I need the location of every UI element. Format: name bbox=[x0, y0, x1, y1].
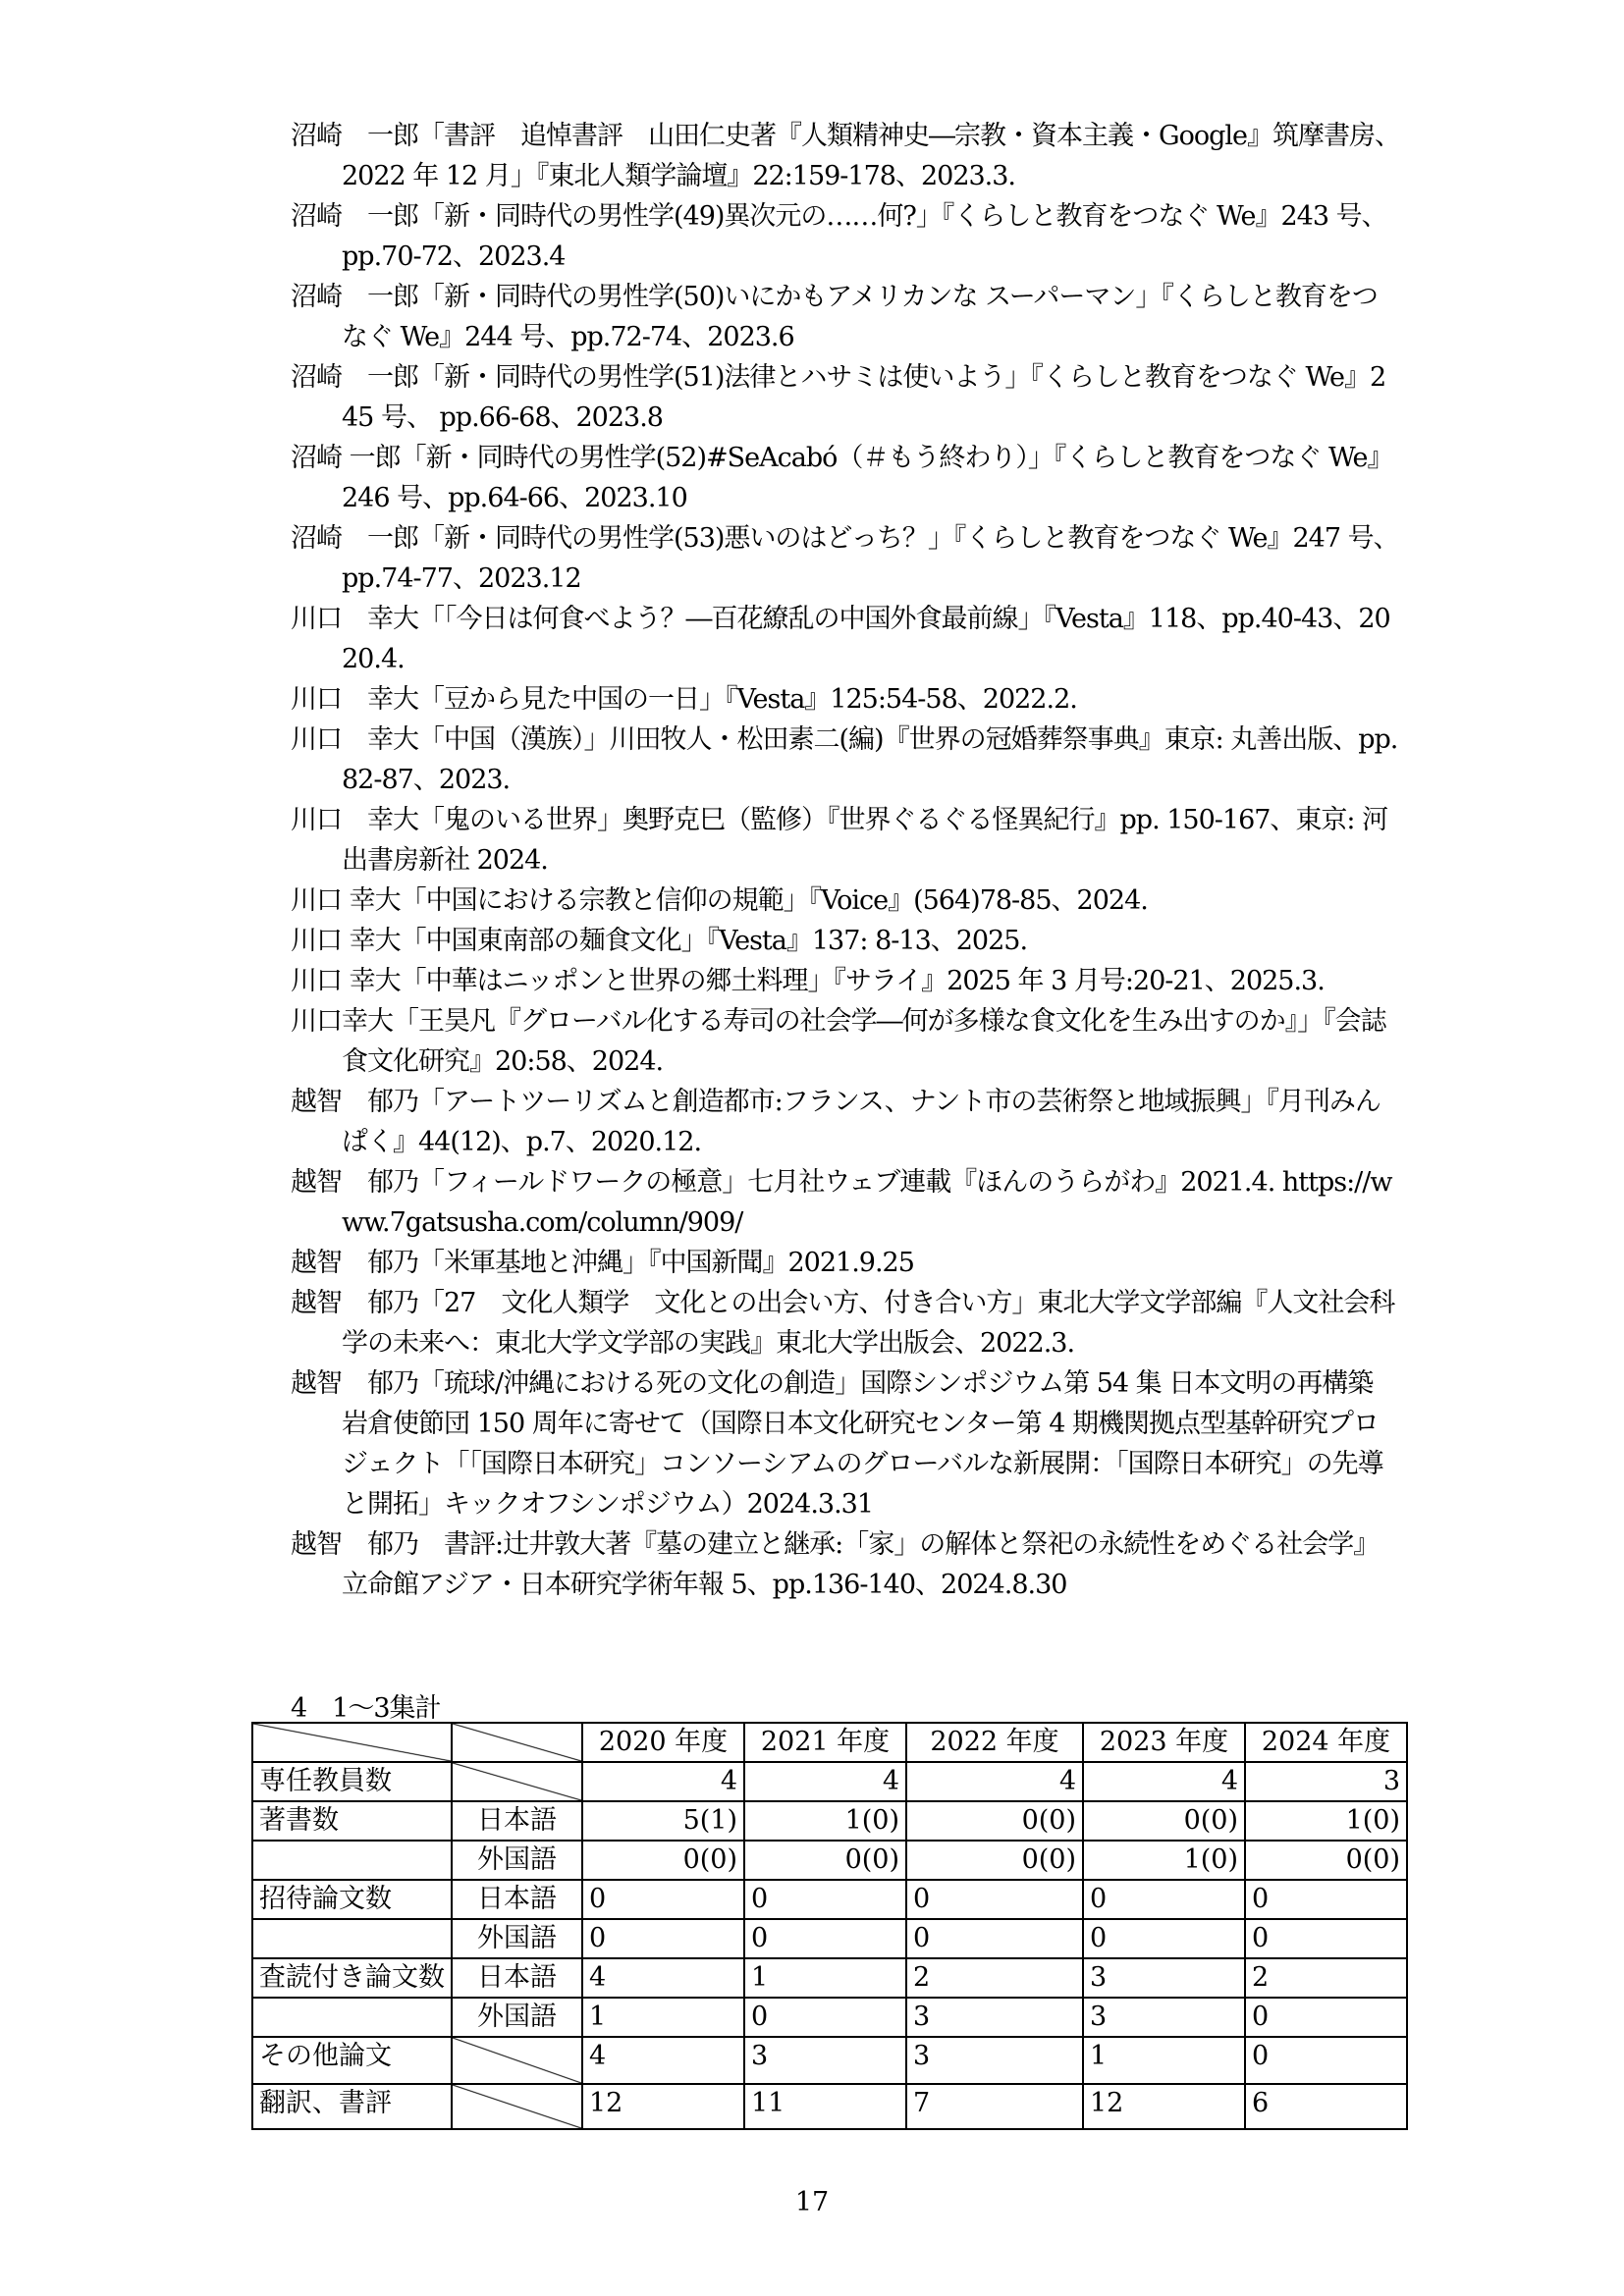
table-cell: 0(0) bbox=[1245, 1841, 1407, 1880]
table-cell: 3 bbox=[906, 1998, 1083, 2037]
table-row: 外国語 1 0 3 3 0 bbox=[252, 1998, 1407, 2037]
reference-item: 川口 幸大「中国における宗教と信仰の規範」『Voice』(564)78-85、2… bbox=[291, 881, 1400, 921]
table-row: 査読付き論文数 日本語 4 1 2 3 2 bbox=[252, 1958, 1407, 1998]
table-cell: 0 bbox=[1245, 1880, 1407, 1919]
table-cell: 7 bbox=[906, 2084, 1083, 2129]
reference-item: 沼崎 一郎「新・同時代の男性学(50)いにかもアメリカンな スーパーマン」『くら… bbox=[291, 277, 1400, 357]
reference-item: 川口幸大「王昊凡『グローバル化する寿司の社会学―何が多様な食文化を生み出すのか』… bbox=[291, 1001, 1400, 1082]
reference-item: 川口 幸大「鬼のいる世界」奥野克巳（監修）『世界ぐるぐる怪異紀行』pp. 150… bbox=[291, 800, 1400, 881]
table-cell: 3 bbox=[1083, 1998, 1245, 2037]
table-cell: 0 bbox=[744, 1998, 906, 2037]
table-cell: 12 bbox=[1083, 2084, 1245, 2129]
reference-item: 越智 郁乃「27 文化人類学 文化との出会い方、付き合い方」東北大学文学部編『人… bbox=[291, 1283, 1400, 1363]
table-cell: 1 bbox=[744, 1958, 906, 1998]
table-cell: 3 bbox=[744, 2037, 906, 2084]
table-header-row: 2020 年度 2021 年度 2022 年度 2023 年度 2024 年度 bbox=[252, 1723, 1407, 1762]
table-cell: 0 bbox=[1245, 1998, 1407, 2037]
column-header: 2023 年度 bbox=[1083, 1723, 1245, 1762]
table-cell: 5(1) bbox=[582, 1801, 744, 1841]
reference-item: 沼崎 一郎「新・同時代の男性学(53)悪いのはどっち？」『くらしと教育をつなぐ … bbox=[291, 518, 1400, 599]
table-cell: 0 bbox=[744, 1880, 906, 1919]
table-cell: 6 bbox=[1245, 2084, 1407, 2129]
diagonal-cell bbox=[452, 2084, 582, 2129]
reference-item: 川口 幸大「「今日は何食べよう？―百花繚乱の中国外食最前線」『Vesta』118… bbox=[291, 599, 1400, 679]
diagonal-cell bbox=[452, 1723, 582, 1762]
reference-item: 越智 郁乃 書評:辻井敦大著『墓の建立と継承:「家」の解体と祭祀の永続性をめぐる… bbox=[291, 1524, 1400, 1605]
table-cell: 0(0) bbox=[906, 1841, 1083, 1880]
table-cell: 0 bbox=[1245, 2037, 1407, 2084]
reference-item: 川口 幸大「中華はニッポンと世界の郷土料理」『サライ』2025 年 3 月号:2… bbox=[291, 961, 1400, 1001]
table-cell: 0 bbox=[1083, 1880, 1245, 1919]
table-cell: 4 bbox=[906, 1762, 1083, 1801]
reference-item: 沼崎 一郎「新・同時代の男性学(51)法律とハサミは使いよう」『くらしと教育をつ… bbox=[291, 357, 1400, 438]
table-cell: 0 bbox=[1083, 1919, 1245, 1958]
table-cell: 4 bbox=[1083, 1762, 1245, 1801]
table-cell: 1(0) bbox=[1245, 1801, 1407, 1841]
table-row: 翻訳、書評 12 11 7 12 6 bbox=[252, 2084, 1407, 2129]
table-cell: 0(0) bbox=[906, 1801, 1083, 1841]
table-cell: 12 bbox=[582, 2084, 744, 2129]
reference-item: 沼崎 一郎「新・同時代の男性学(49)異次元の……何?」『くらしと教育をつなぐ … bbox=[291, 196, 1400, 277]
diagonal-cell bbox=[252, 1723, 452, 1762]
row-subcategory: 日本語 bbox=[452, 1958, 582, 1998]
table-row: 著書数 日本語 5(1) 1(0) 0(0) 0(0) 1(0) bbox=[252, 1801, 1407, 1841]
diagonal-cell bbox=[452, 2037, 582, 2084]
table-cell: 3 bbox=[906, 2037, 1083, 2084]
row-category: 著書数 bbox=[252, 1801, 452, 1841]
table-cell: 0(0) bbox=[1083, 1801, 1245, 1841]
table-cell: 1 bbox=[1083, 2037, 1245, 2084]
table-cell: 4 bbox=[582, 2037, 744, 2084]
table-cell: 2 bbox=[1245, 1958, 1407, 1998]
table-cell: 1 bbox=[582, 1998, 744, 2037]
row-category bbox=[252, 1998, 452, 2037]
reference-item: 沼崎 一郎「書評 追悼書評 山田仁史著『人類精神史―宗教・資本主義・Google… bbox=[291, 116, 1400, 196]
reference-item: 沼崎 一郎「新・同時代の男性学(52)#SeAcabó（＃もう終わり）」『くらし… bbox=[291, 438, 1400, 518]
table-row: 外国語 0(0) 0(0) 0(0) 1(0) 0(0) bbox=[252, 1841, 1407, 1880]
row-subcategory: 日本語 bbox=[452, 1801, 582, 1841]
table-cell: 2 bbox=[906, 1958, 1083, 1998]
row-category bbox=[252, 1919, 452, 1958]
reference-item: 越智 郁乃「アートツーリズムと創造都市:フランス、ナント市の芸術祭と地域振興」『… bbox=[291, 1082, 1400, 1162]
summary-table: 2020 年度 2021 年度 2022 年度 2023 年度 2024 年度 … bbox=[251, 1722, 1408, 2130]
row-category bbox=[252, 1841, 452, 1880]
row-category: 翻訳、書評 bbox=[252, 2084, 452, 2129]
row-subcategory: 外国語 bbox=[452, 1841, 582, 1880]
row-category: 専任教員数 bbox=[252, 1762, 452, 1801]
reference-item: 川口 幸大「中国（漢族）」川田牧人・松田素二(編)『世界の冠婚葬祭事典』東京: … bbox=[291, 720, 1400, 800]
row-subcategory: 日本語 bbox=[452, 1880, 582, 1919]
table-cell: 3 bbox=[1245, 1762, 1407, 1801]
table-cell: 4 bbox=[744, 1762, 906, 1801]
table-cell: 0(0) bbox=[744, 1841, 906, 1880]
table-cell: 0 bbox=[744, 1919, 906, 1958]
table-cell: 0 bbox=[1245, 1919, 1407, 1958]
reference-item: 越智 郁乃「フィールドワークの極意」七月社ウェブ連載『ほんのうらがわ』2021.… bbox=[291, 1162, 1400, 1243]
table-cell: 11 bbox=[744, 2084, 906, 2129]
column-header: 2021 年度 bbox=[744, 1723, 906, 1762]
reference-item: 川口 幸大「豆から見た中国の一日」『Vesta』125:54-58、2022.2… bbox=[291, 679, 1400, 720]
table-row: 招待論文数 日本語 0 0 0 0 0 bbox=[252, 1880, 1407, 1919]
column-header: 2024 年度 bbox=[1245, 1723, 1407, 1762]
table-cell: 0 bbox=[582, 1919, 744, 1958]
row-subcategory: 外国語 bbox=[452, 1919, 582, 1958]
reference-list: 沼崎 一郎「書評 追悼書評 山田仁史著『人類精神史―宗教・資本主義・Google… bbox=[291, 116, 1400, 1605]
diagonal-cell bbox=[452, 1762, 582, 1801]
row-category: 査読付き論文数 bbox=[252, 1958, 452, 1998]
table-row: 外国語 0 0 0 0 0 bbox=[252, 1919, 1407, 1958]
section-title: 4 1～3集計 bbox=[291, 1686, 441, 1725]
reference-item: 越智 郁乃「琉球/沖縄における死の文化の創造」国際シンポジウム第 54 集 日本… bbox=[291, 1363, 1400, 1524]
row-subcategory: 外国語 bbox=[452, 1998, 582, 2037]
table-cell: 1(0) bbox=[1083, 1841, 1245, 1880]
column-header: 2020 年度 bbox=[582, 1723, 744, 1762]
row-category: その他論文 bbox=[252, 2037, 452, 2084]
table-cell: 0(0) bbox=[582, 1841, 744, 1880]
page-number: 17 bbox=[0, 2187, 1624, 2217]
row-category: 招待論文数 bbox=[252, 1880, 452, 1919]
table-row: その他論文 4 3 3 1 0 bbox=[252, 2037, 1407, 2084]
table-cell: 0 bbox=[582, 1880, 744, 1919]
table-cell: 3 bbox=[1083, 1958, 1245, 1998]
table-cell: 0 bbox=[906, 1880, 1083, 1919]
reference-item: 越智 郁乃「米軍基地と沖縄」『中国新聞』2021.9.25 bbox=[291, 1243, 1400, 1283]
table-cell: 4 bbox=[582, 1958, 744, 1998]
column-header: 2022 年度 bbox=[906, 1723, 1083, 1762]
table-row: 専任教員数 4 4 4 4 3 bbox=[252, 1762, 1407, 1801]
table-cell: 4 bbox=[582, 1762, 744, 1801]
table-cell: 0 bbox=[906, 1919, 1083, 1958]
table-cell: 1(0) bbox=[744, 1801, 906, 1841]
reference-item: 川口 幸大「中国東南部の麺食文化」『Vesta』137: 8-13、2025. bbox=[291, 921, 1400, 961]
